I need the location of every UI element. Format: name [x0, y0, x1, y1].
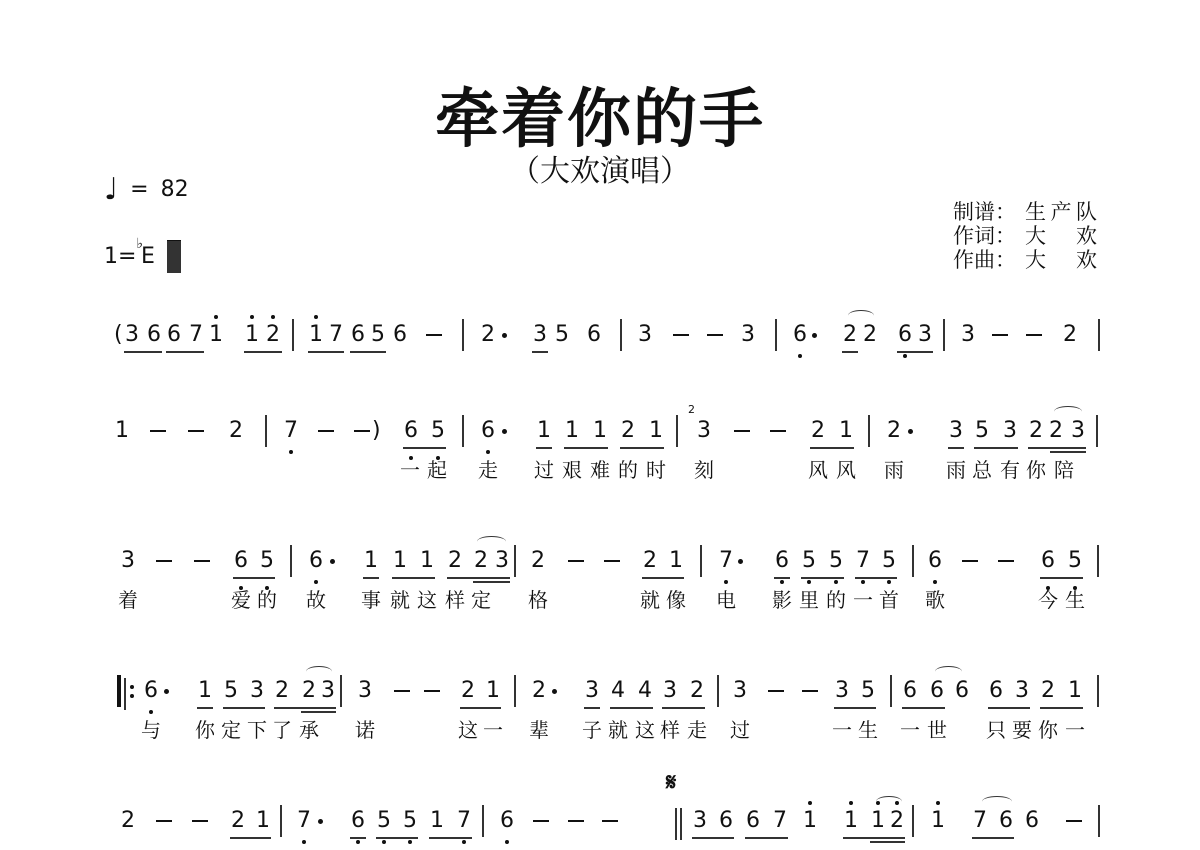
lyric-char: 就 — [608, 718, 628, 742]
note: 6 — [350, 808, 366, 834]
underline-beam — [948, 447, 964, 449]
lyric-char: 这 — [635, 718, 655, 742]
note: 2 — [480, 322, 496, 348]
underline-beam — [870, 841, 905, 843]
lyric-char: 要 — [1012, 718, 1032, 742]
underline-beam — [1028, 447, 1086, 449]
barline — [620, 319, 622, 351]
note: 2 — [447, 548, 463, 574]
note: 3 — [124, 322, 140, 348]
note: 5 — [860, 678, 876, 704]
lyric-char: 子 — [582, 718, 602, 742]
barline — [912, 805, 914, 837]
note: 1 — [419, 548, 435, 574]
note: 1 — [208, 322, 224, 348]
barline — [775, 319, 777, 351]
note: 1 — [429, 808, 445, 834]
note: 6 — [392, 322, 408, 348]
lyric-char: 格 — [528, 588, 548, 612]
underline-beam — [536, 447, 552, 449]
note: 5 — [223, 678, 239, 704]
lyric-char: 走 — [478, 458, 498, 482]
tempo-equals: = — [130, 177, 148, 202]
barline — [340, 675, 342, 707]
extension-dash — [998, 560, 1014, 562]
tie-slur — [848, 310, 874, 321]
lyric-char: 的 — [618, 458, 638, 482]
note: 6 — [350, 322, 366, 348]
lyric-char: 爱 — [231, 588, 251, 612]
underline-beam — [197, 707, 213, 709]
note: 6 — [586, 322, 602, 348]
extension-dash — [568, 560, 584, 562]
augmentation-dot — [318, 819, 323, 824]
lyric-char: 像 — [666, 588, 686, 612]
lyric-char: 一 — [853, 588, 873, 612]
lyric-char: 一 — [483, 718, 503, 742]
note: 1 — [802, 808, 818, 834]
underline-beam — [308, 351, 344, 353]
note: 6 — [146, 322, 162, 348]
note: 7 — [456, 808, 472, 834]
barline — [912, 545, 914, 577]
barline — [1097, 545, 1099, 577]
lyric-char: 样 — [660, 718, 680, 742]
underline-beam — [810, 447, 854, 449]
lyric-char: 诺 — [355, 718, 375, 742]
note: 3 — [1014, 678, 1030, 704]
note: 1 — [1067, 678, 1083, 704]
underline-beam — [842, 351, 858, 353]
note: 6 — [929, 678, 945, 704]
lyric-char: 的 — [257, 588, 277, 612]
open-paren: ( — [114, 322, 123, 348]
note: 3 — [960, 322, 976, 348]
underline-beam — [230, 837, 271, 839]
underline-beam — [564, 447, 608, 449]
note: 7 — [718, 548, 734, 574]
underline-beam — [774, 577, 790, 579]
note: 2 — [228, 418, 244, 444]
barline — [700, 545, 702, 577]
underline-beam — [897, 351, 933, 353]
lyric-char: 定 — [471, 588, 491, 612]
barline — [1097, 675, 1099, 707]
double-barline — [680, 808, 682, 840]
note: 3 — [320, 678, 336, 704]
extension-dash — [962, 560, 978, 562]
tempo-bpm: 82 — [161, 177, 189, 202]
key-prefix: 1= — [104, 244, 136, 269]
underline-beam — [692, 837, 734, 839]
augmentation-dot — [812, 333, 817, 338]
extension-dash — [394, 690, 410, 692]
note: 6 — [1024, 808, 1040, 834]
lyric-char: 你 — [195, 718, 215, 742]
note: 6 — [745, 808, 761, 834]
flat-icon: ♭ — [136, 236, 143, 252]
note: 1 — [592, 418, 608, 444]
lyric-char: 的 — [826, 588, 846, 612]
underline-beam — [974, 447, 1018, 449]
note: 6 — [954, 678, 970, 704]
note: 5 — [554, 322, 570, 348]
note: 2 — [1062, 322, 1078, 348]
lyric-char: 一 — [900, 718, 920, 742]
barline — [514, 675, 516, 707]
barline — [462, 415, 464, 447]
tie-slur — [306, 666, 332, 677]
lyric-char: 定 — [221, 718, 241, 742]
underline-beam — [447, 577, 510, 579]
underline-beam — [532, 351, 548, 353]
note: 3 — [732, 678, 748, 704]
underline-beam — [473, 581, 510, 583]
note: 5 — [828, 548, 844, 574]
lyric-char: 事 — [361, 588, 381, 612]
note: 3 — [120, 548, 136, 574]
extension-dash — [604, 560, 620, 562]
note: 6 — [998, 808, 1014, 834]
lyric-char: 只 — [986, 718, 1006, 742]
extension-dash — [533, 820, 549, 822]
barline — [514, 545, 516, 577]
barline — [482, 805, 484, 837]
extension-dash — [770, 430, 786, 432]
note: 2 — [1040, 678, 1056, 704]
underline-beam — [972, 837, 1014, 839]
lyric-char: 过 — [730, 718, 750, 742]
credit-composer: 作曲： 大欢 — [953, 248, 1097, 272]
underline-beam — [843, 837, 905, 839]
note: 2 — [1048, 418, 1064, 444]
note: 3 — [740, 322, 756, 348]
lyric-char: 电 — [716, 588, 736, 612]
note: 2 — [265, 322, 281, 348]
underline-beam — [460, 707, 501, 709]
note: 3 — [1002, 418, 1018, 444]
credit-arranger: 制谱： 生产队 — [953, 200, 1097, 224]
barline — [462, 319, 464, 351]
underline-beam — [642, 577, 684, 579]
underline-beam — [124, 351, 162, 353]
note: 2 — [889, 808, 905, 834]
extension-dash — [156, 820, 172, 822]
note: 1 — [870, 808, 886, 834]
underline-beam — [350, 837, 366, 839]
lyric-char: 歌 — [925, 588, 945, 612]
underline-beam — [902, 707, 945, 709]
extension-dash — [707, 334, 723, 336]
repeat-start-thick — [117, 675, 121, 707]
note: 2 — [460, 678, 476, 704]
underline-beam — [350, 351, 386, 353]
tempo-marking: ♩ = 82 — [104, 172, 189, 207]
lyric-char: 你 — [1038, 718, 1058, 742]
lyric-char: 影 — [772, 588, 792, 612]
note: 1 — [197, 678, 213, 704]
key-signature: 1= ♭ E 4 4 — [104, 240, 180, 272]
note: 7 — [296, 808, 312, 834]
underline-beam — [233, 577, 275, 579]
note: 7 — [772, 808, 788, 834]
note: 2 — [886, 418, 902, 444]
barline — [717, 675, 719, 707]
note: 2 — [1028, 418, 1044, 444]
note: 2 — [689, 678, 705, 704]
lyric-char: 了 — [272, 718, 292, 742]
note: 7 — [855, 548, 871, 574]
note: 2 — [642, 548, 658, 574]
note: 5 — [259, 548, 275, 574]
note: 1 — [668, 548, 684, 574]
underline-beam — [403, 447, 446, 449]
barline — [868, 415, 870, 447]
note: 5 — [430, 418, 446, 444]
note: 3 — [917, 322, 933, 348]
lyric-char: 下 — [247, 718, 267, 742]
note: 6 — [792, 322, 808, 348]
extension-dash — [354, 430, 370, 432]
lyric-char: 风 — [836, 458, 856, 482]
lyric-char: 一 — [832, 718, 852, 742]
note: 7 — [283, 418, 299, 444]
barline — [1096, 415, 1098, 447]
note: 2 — [531, 678, 547, 704]
lyric-char: 起 — [427, 458, 447, 482]
augmentation-dot — [330, 559, 335, 564]
extension-dash — [318, 430, 334, 432]
lyric-char: 风 — [808, 458, 828, 482]
note: 1 — [838, 418, 854, 444]
extension-dash — [602, 820, 618, 822]
note: 6 — [927, 548, 943, 574]
underline-beam — [1040, 707, 1083, 709]
note: 4 — [610, 678, 626, 704]
underline-beam — [1050, 451, 1086, 453]
note: 5 — [370, 322, 386, 348]
augmentation-dot — [164, 689, 169, 694]
underline-beam — [429, 837, 472, 839]
note: 3 — [249, 678, 265, 704]
underline-beam — [363, 577, 379, 579]
time-signature: 4 4 — [169, 240, 180, 272]
note: 1 — [536, 418, 552, 444]
underline-beam — [610, 707, 653, 709]
note: 6 — [897, 322, 913, 348]
extension-dash — [673, 334, 689, 336]
note: 3 — [662, 678, 678, 704]
grace-note: 2 — [688, 404, 695, 416]
tie-slur — [477, 536, 506, 547]
note: 1 — [114, 418, 130, 444]
underline-beam — [662, 707, 705, 709]
tie-slur — [876, 796, 902, 807]
note: 5 — [376, 808, 392, 834]
extension-dash — [192, 820, 208, 822]
lyric-char: 过 — [534, 458, 554, 482]
repeat-dots — [130, 680, 134, 703]
note: 6 — [308, 548, 324, 574]
note: 3 — [584, 678, 600, 704]
extension-dash — [424, 690, 440, 692]
extension-dash — [150, 430, 166, 432]
lyric-char: 难 — [590, 458, 610, 482]
note: 7 — [328, 322, 344, 348]
note: 2 — [301, 678, 317, 704]
lyric-char: 这 — [458, 718, 478, 742]
lyric-char: 刻 — [694, 458, 714, 482]
lyric-char: 首 — [879, 588, 899, 612]
barline — [1098, 319, 1100, 351]
underline-beam — [392, 577, 435, 579]
note: 3 — [357, 678, 373, 704]
lyric-char: 着 — [118, 588, 138, 612]
note: 1 — [244, 322, 260, 348]
note: 6 — [902, 678, 918, 704]
extension-dash — [568, 820, 584, 822]
extension-dash — [1066, 820, 1082, 822]
lyric-char: 你 — [1026, 458, 1046, 482]
credit-lyricist: 作词： 大欢 — [953, 224, 1097, 248]
note: 2 — [274, 678, 290, 704]
underline-beam — [988, 707, 1030, 709]
note: 6 — [988, 678, 1004, 704]
key-note: E — [141, 244, 155, 269]
note: 7 — [188, 322, 204, 348]
note: 3 — [494, 548, 510, 574]
note: 6 — [166, 322, 182, 348]
lyric-char: 就 — [640, 588, 660, 612]
underline-beam — [244, 351, 282, 353]
underline-beam — [745, 837, 788, 839]
note: 3 — [637, 322, 653, 348]
note: 1 — [308, 322, 324, 348]
extension-dash — [1026, 334, 1042, 336]
lyric-char: 有 — [1000, 458, 1020, 482]
extension-dash — [156, 560, 172, 562]
note: 5 — [1067, 548, 1083, 574]
barline — [292, 319, 294, 351]
note: 1 — [564, 418, 580, 444]
lyric-char: 陪 — [1054, 458, 1074, 482]
note: 3 — [696, 418, 712, 444]
note: 5 — [402, 808, 418, 834]
note: 7 — [972, 808, 988, 834]
underline-beam — [223, 707, 265, 709]
lyric-char: 走 — [687, 718, 707, 742]
note: 1 — [363, 548, 379, 574]
note: 2 — [473, 548, 489, 574]
note: 5 — [881, 548, 897, 574]
extension-dash — [194, 560, 210, 562]
extension-dash — [426, 334, 442, 336]
tie-slur — [935, 666, 962, 677]
underline-beam — [301, 711, 336, 713]
augmentation-dot — [552, 689, 557, 694]
lyric-char: 故 — [306, 588, 326, 612]
note: 1 — [255, 808, 271, 834]
augmentation-dot — [502, 333, 507, 338]
note: 1 — [843, 808, 859, 834]
note: 5 — [974, 418, 990, 444]
augmentation-dot — [738, 559, 743, 564]
barline — [1098, 805, 1100, 837]
underline-beam — [834, 707, 876, 709]
repeat-start-thin — [124, 678, 126, 710]
barline — [676, 415, 678, 447]
note: 6 — [1040, 548, 1056, 574]
note: 1 — [485, 678, 501, 704]
underline-beam — [801, 577, 844, 579]
note: 3 — [948, 418, 964, 444]
note: 1 — [648, 418, 664, 444]
barline — [265, 415, 267, 447]
underline-beam — [376, 837, 418, 839]
lyric-char: 艰 — [562, 458, 582, 482]
note: 1 — [392, 548, 408, 574]
note: 2 — [810, 418, 826, 444]
underline-beam — [855, 577, 897, 579]
augmentation-dot — [908, 429, 913, 434]
lyric-char: 辈 — [529, 718, 549, 742]
lyric-char: 世 — [927, 718, 947, 742]
note: 6 — [403, 418, 419, 444]
close-paren: ) — [372, 418, 381, 444]
underline-beam — [584, 707, 600, 709]
note: 3 — [1070, 418, 1086, 444]
extension-dash — [734, 430, 750, 432]
note: 2 — [862, 322, 878, 348]
lyric-char: 这 — [417, 588, 437, 612]
extension-dash — [992, 334, 1008, 336]
note: 4 — [637, 678, 653, 704]
note: 2 — [842, 322, 858, 348]
credits: 制谱： 生产队 作词： 大欢 作曲： 大欢 — [953, 200, 1097, 272]
extension-dash — [802, 690, 818, 692]
note: 3 — [834, 678, 850, 704]
note: 2 — [530, 548, 546, 574]
underline-beam — [274, 707, 336, 709]
lyric-char: 就 — [390, 588, 410, 612]
lyric-char: 雨 — [946, 458, 966, 482]
lyric-char: 与 — [141, 718, 161, 742]
barline — [290, 545, 292, 577]
note: 2 — [120, 808, 136, 834]
note: 6 — [480, 418, 496, 444]
note: 3 — [692, 808, 708, 834]
underline-beam — [620, 447, 664, 449]
augmentation-dot — [502, 429, 507, 434]
note: 6 — [774, 548, 790, 574]
note: 6 — [143, 678, 159, 704]
lyric-char: 生 — [1065, 588, 1085, 612]
lyric-char: 一 — [1065, 718, 1085, 742]
note: 6 — [718, 808, 734, 834]
lyric-char: 一 — [400, 458, 420, 482]
note: 1 — [930, 808, 946, 834]
note: 2 — [620, 418, 636, 444]
lyric-char: 雨 — [884, 458, 904, 482]
lyric-char: 总 — [972, 458, 992, 482]
underline-beam — [166, 351, 204, 353]
barline — [943, 319, 945, 351]
note: 6 — [233, 548, 249, 574]
extension-dash — [768, 690, 784, 692]
note: 5 — [801, 548, 817, 574]
note: 6 — [499, 808, 515, 834]
lyric-char: 样 — [445, 588, 465, 612]
